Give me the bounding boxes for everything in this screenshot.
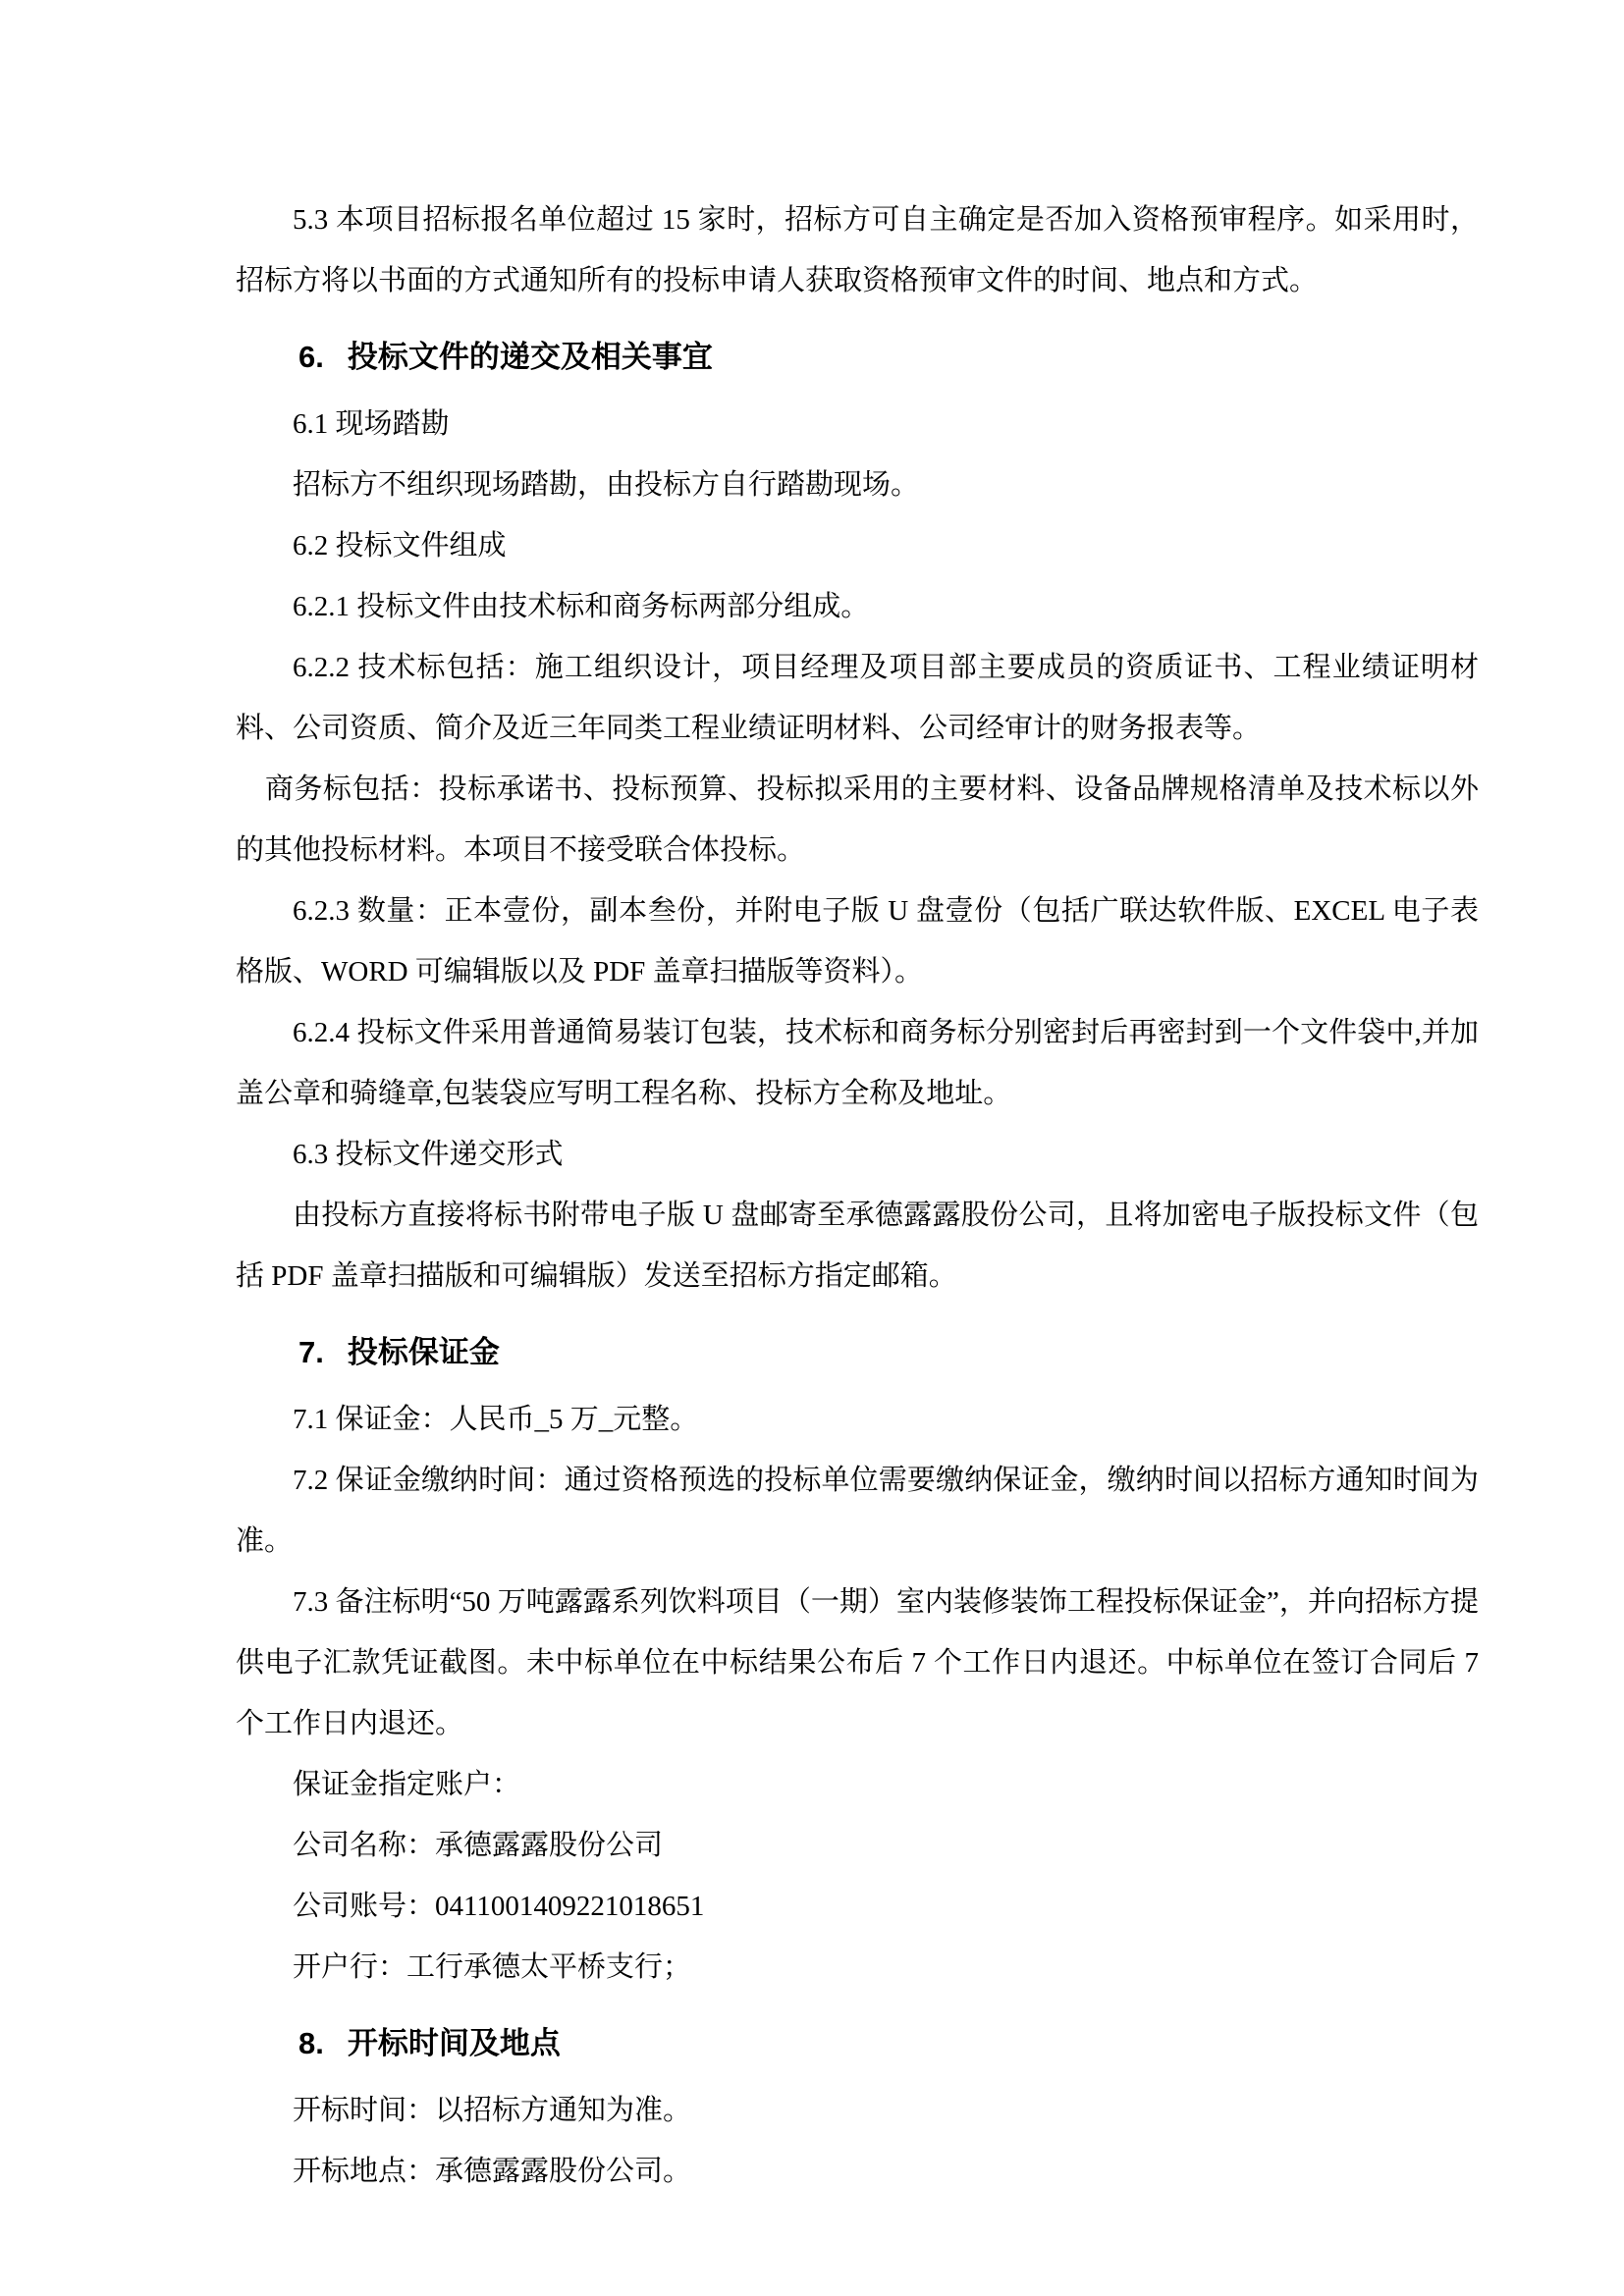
section-8-title: 开标时间及地点 [348,2026,561,2060]
para-6-1: 6.1 现场踏勘 [236,394,1479,454]
para-6-1-body: 招标方不组织现场踏勘，由投标方自行踏勘现场。 [236,454,1479,515]
section-7-title: 投标保证金 [348,1335,500,1369]
section-6-number: 6. [298,326,324,389]
para-bid-opening-place: 开标地点：承德露露股份公司。 [236,2141,1479,2202]
para-company-name: 公司名称：承德露露股份公司 [236,1815,1479,1876]
para-6-2: 6.2 投标文件组成 [236,515,1479,576]
para-6-3-body: 由投标方直接将标书附带电子版 U 盘邮寄至承德露露股份公司，且将加密电子版投标文… [236,1185,1479,1307]
para-6-2-1: 6.2.1 投标文件由技术标和商务标两部分组成。 [236,576,1479,637]
para-6-2-2: 6.2.2 技术标包括：施工组织设计，项目经理及项目部主要成员的资质证书、工程业… [236,637,1479,759]
para-7-1: 7.1 保证金：人民币_5 万_元整。 [236,1389,1479,1450]
para-company-account-number: 公司账号：0411001409221018651 [236,1876,1479,1937]
para-commercial-bid: 商务标包括：投标承诺书、投标预算、投标拟采用的主要材料、设备品牌规格清单及技术标… [236,759,1479,881]
document-page: 5.3 本项目招标报名单位超过 15 家时，招标方可自主确定是否加入资格预审程序… [0,0,1624,2296]
para-6-2-3: 6.2.3 数量：正本壹份，副本叁份，并附电子版 U 盘壹份（包括广联达软件版、… [236,881,1479,1002]
para-bid-opening-time: 开标时间：以招标方通知为准。 [236,2080,1479,2141]
heading-section-7: 7.投标保证金 [236,1321,1479,1384]
heading-section-6: 6.投标文件的递交及相关事宜 [236,326,1479,389]
para-bank-branch: 开户行：工行承德太平桥支行； [236,1937,1479,1998]
para-7-2: 7.2 保证金缴纳时间：通过资格预选的投标单位需要缴纳保证金，缴纳时间以招标方通… [236,1450,1479,1572]
para-deposit-account-label: 保证金指定账户： [236,1754,1479,1815]
section-6-title: 投标文件的递交及相关事宜 [348,340,713,374]
section-7-number: 7. [298,1321,324,1384]
para-7-3: 7.3 备注标明“50 万吨露露系列饮料项目（一期）室内装修装饰工程投标保证金”… [236,1572,1479,1754]
para-6-2-4: 6.2.4 投标文件采用普通简易装订包装，技术标和商务标分别密封后再密封到一个文… [236,1002,1479,1124]
para-5-3: 5.3 本项目招标报名单位超过 15 家时，招标方可自主确定是否加入资格预审程序… [236,189,1479,311]
section-8-number: 8. [298,2012,324,2075]
para-6-3: 6.3 投标文件递交形式 [236,1124,1479,1185]
heading-section-8: 8.开标时间及地点 [236,2012,1479,2075]
